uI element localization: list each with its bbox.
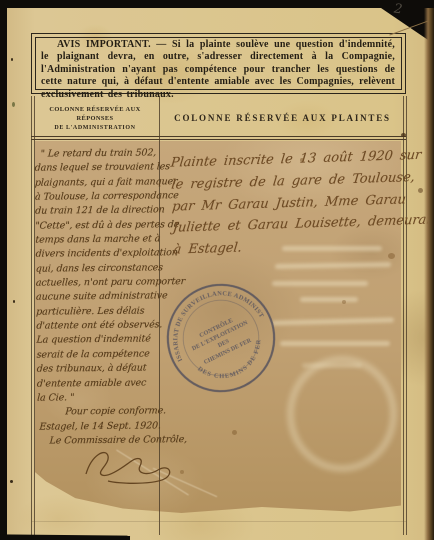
important-notice-box: AVIS IMPORTANT. — Si la plainte soulève …: [31, 33, 406, 94]
response-line: la Cie. ": [37, 390, 162, 406]
response-line: qui, dans les circonstances: [35, 261, 160, 277]
binding-speck: [13, 300, 15, 303]
important-notice-text: AVIS IMPORTANT. — Si la plainte soulève …: [41, 39, 395, 101]
response-line: du train 121 de la direction: [35, 204, 160, 220]
response-line: d'entente amiable avec: [36, 376, 161, 392]
foxing-spot: [342, 300, 346, 304]
complaint-text: Plainte inscrite le 13 août 1920 surle r…: [170, 145, 405, 261]
response-line: divers incidents d'exploitation: [35, 247, 160, 263]
response-line: Pour copie conforme.: [65, 405, 162, 420]
header-rule-top: [31, 136, 406, 137]
bleedthrough-writing: [300, 297, 358, 302]
response-line: serait de la compétence: [36, 347, 161, 363]
bleedthrough-stamp-ring: [287, 356, 397, 472]
foxing-spot: [180, 470, 184, 474]
response-line: aucune suite administrative: [36, 290, 161, 306]
foxing-spot: [418, 188, 423, 193]
bleedthrough-writing: [280, 341, 390, 346]
page-right-edge: [424, 8, 434, 540]
column-header-administration: COLONNE RÉSERVÉE AUX RÉPONSES DE L'ADMIN…: [31, 105, 159, 134]
response-line: Estagel, le 14 Sept. 1920.: [39, 419, 162, 435]
page-number: 2: [393, 1, 403, 17]
response-line: particulière. Les délais: [36, 304, 161, 320]
header-rule-bottom: [31, 139, 406, 140]
binding-speck: [11, 58, 13, 61]
binding-speck: [12, 102, 15, 107]
notice-separator: —: [156, 39, 166, 50]
column-header-plaintes: COLONNE RÉSERVÉE AUX PLAINTES: [159, 113, 406, 123]
bleedthrough-writing: [272, 281, 368, 286]
response-line: "Cette", est dû à des pertes de: [35, 218, 160, 234]
response-line: plaignants, qui a fait manquer: [34, 175, 159, 191]
foxing-spot: [232, 430, 237, 435]
scanned-register-page: 2 AVIS IMPORTANT. — Si la plainte soulèv…: [0, 0, 434, 540]
response-line: La question d'indemnité: [36, 333, 161, 349]
notice-title: AVIS IMPORTANT.: [57, 39, 151, 50]
response-line: des tribunaux, à défaut: [36, 361, 161, 377]
signature-scribble: [78, 444, 188, 488]
column-header-administration-line1: COLONNE RÉSERVÉE AUX RÉPONSES: [31, 105, 159, 123]
ink-spot: [401, 133, 406, 137]
response-line: dans lequel se trouvaient les: [34, 161, 159, 177]
foxing-spot: [388, 253, 395, 259]
foxing-spot: [300, 158, 304, 162]
page-bottom-edge: [0, 534, 130, 540]
binding-speck: [10, 480, 13, 483]
faint-guide-line: [31, 521, 406, 522]
column-header-administration-line2: DE L'ADMINISTRATION: [31, 123, 159, 134]
table-left-rule-outer: [31, 96, 32, 535]
administration-response-text: " Le retard du train 502,dans lequel se …: [34, 146, 161, 449]
